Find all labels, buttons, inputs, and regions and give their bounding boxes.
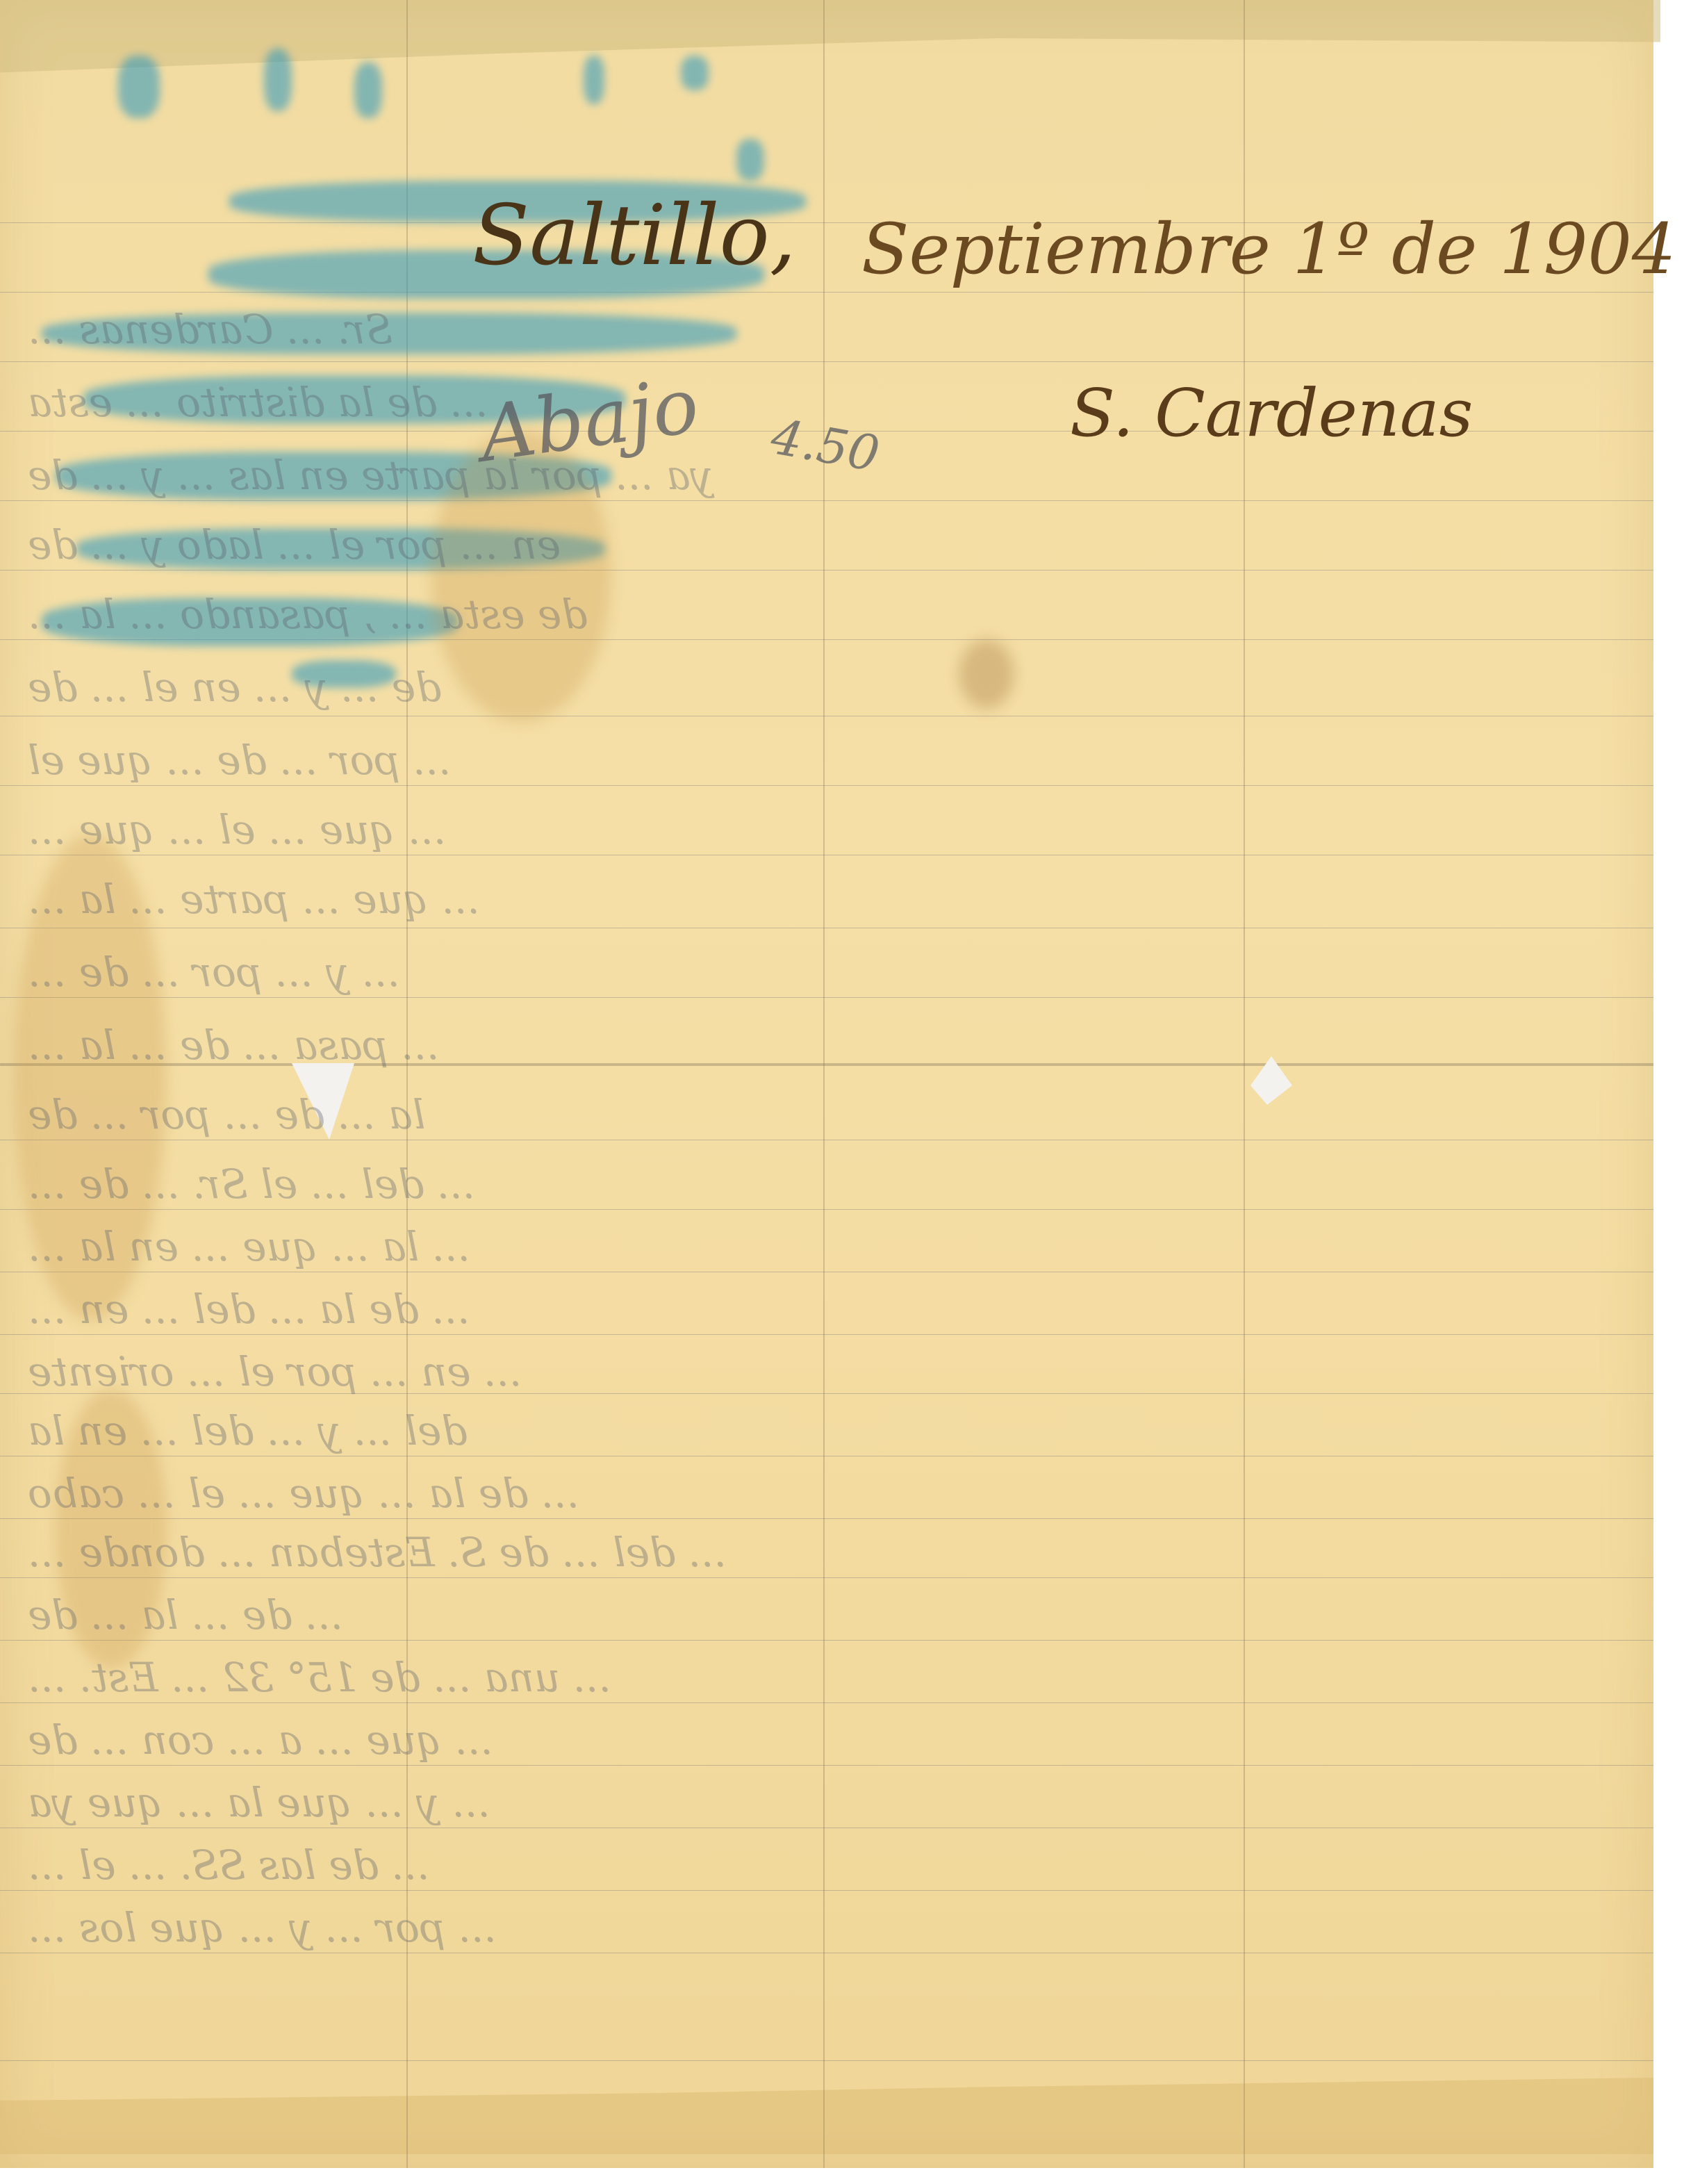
bleed-through-line: ... que ... a ... con ... de	[28, 1716, 1626, 1764]
ruled-line	[0, 570, 1653, 570]
letter-date: Septiembre 1º de 1904	[861, 208, 1676, 290]
bleed-through-line: ... de ... la ... de	[28, 1591, 1626, 1639]
ruled-line	[0, 1140, 1653, 1140]
bleed-through-line: ... por ... de ... que el	[28, 737, 1626, 784]
signature: S. Cardenas	[1070, 375, 1473, 452]
ruled-line	[0, 292, 1653, 293]
ink-bleed	[681, 56, 709, 90]
ruled-line	[0, 1765, 1653, 1766]
ink-bleed	[354, 63, 382, 118]
bleed-through-line: de esta ... , pasando ... la ...	[28, 591, 1626, 638]
bleed-through-line: ... de la ... del ... en ...	[28, 1286, 1626, 1333]
bleed-through-line: del ... y ... del ... en la	[28, 1407, 1626, 1454]
bleed-through-line: de ... y ... en el ... de	[28, 664, 1626, 711]
ruled-line	[0, 785, 1653, 786]
bleed-through-line: ... la ... que ... en la ...	[28, 1223, 1626, 1270]
ruled-line	[0, 1953, 1653, 1953]
ruled-line	[0, 716, 1653, 716]
bleed-through-line: la ... de ... por ... de	[28, 1091, 1626, 1138]
bleed-through-line: ... pasa ... de ... la ...	[28, 1021, 1626, 1069]
bleed-through-line: ... una ... de 15° 32 ... Est. ...	[28, 1654, 1626, 1701]
ruled-line	[0, 1640, 1653, 1641]
ruled-line	[0, 1890, 1653, 1891]
ruled-line	[0, 1702, 1653, 1703]
ruled-line	[0, 361, 1653, 362]
bleed-through-line: ... del ... de S. Esteban ... donde ...	[28, 1529, 1626, 1576]
tape-strip-bottom	[0, 2078, 1653, 2154]
ruled-line	[0, 2060, 1653, 2061]
tape-strip-top	[0, 0, 1660, 76]
ink-bleed	[736, 139, 764, 181]
ruled-line	[0, 1272, 1653, 1272]
ruled-line	[0, 500, 1653, 501]
bleed-through-line: ... de la ... que ... el ... cabo	[28, 1470, 1626, 1517]
ruled-line	[0, 1209, 1653, 1210]
ruled-line	[0, 1334, 1653, 1335]
ruled-line	[0, 928, 1653, 928]
ruled-line	[0, 855, 1653, 855]
ink-bleed	[118, 56, 160, 118]
ruled-line	[0, 1577, 1653, 1578]
bleed-through-line: Sr. ... Cardenas ...	[28, 306, 1626, 353]
ink-bleed	[584, 56, 604, 104]
ink-bleed	[264, 49, 292, 111]
bleed-through-line: en ... por el ... lado y ... de	[28, 521, 1626, 568]
bleed-through-line: ... que ... el ... que ...	[28, 806, 1626, 853]
bleed-through-line: ... por ... y ... que los ...	[28, 1904, 1626, 1951]
bleed-through-line: ... y ... por ... de ...	[28, 949, 1626, 996]
ruled-line	[0, 997, 1653, 998]
letter-place: Saltillo,	[472, 188, 796, 284]
bleed-through-line: ... de las SS. ... el ...	[28, 1841, 1626, 1889]
ruled-line	[0, 1518, 1653, 1519]
bleed-through-line: ... que ... parte ... la ...	[28, 876, 1626, 923]
bleed-through-line: ... en ... por el ... oriente	[28, 1348, 1626, 1395]
bleed-through-line: ... del ... el Sr. ... de ...	[28, 1160, 1626, 1208]
bleed-through-line: ... y ... que la ... que ya	[28, 1779, 1626, 1826]
ruled-line	[0, 1456, 1653, 1456]
ruled-line	[0, 1828, 1653, 1828]
document-page: Sr. ... Cardenas ... ... de la distrito …	[0, 0, 1653, 2168]
